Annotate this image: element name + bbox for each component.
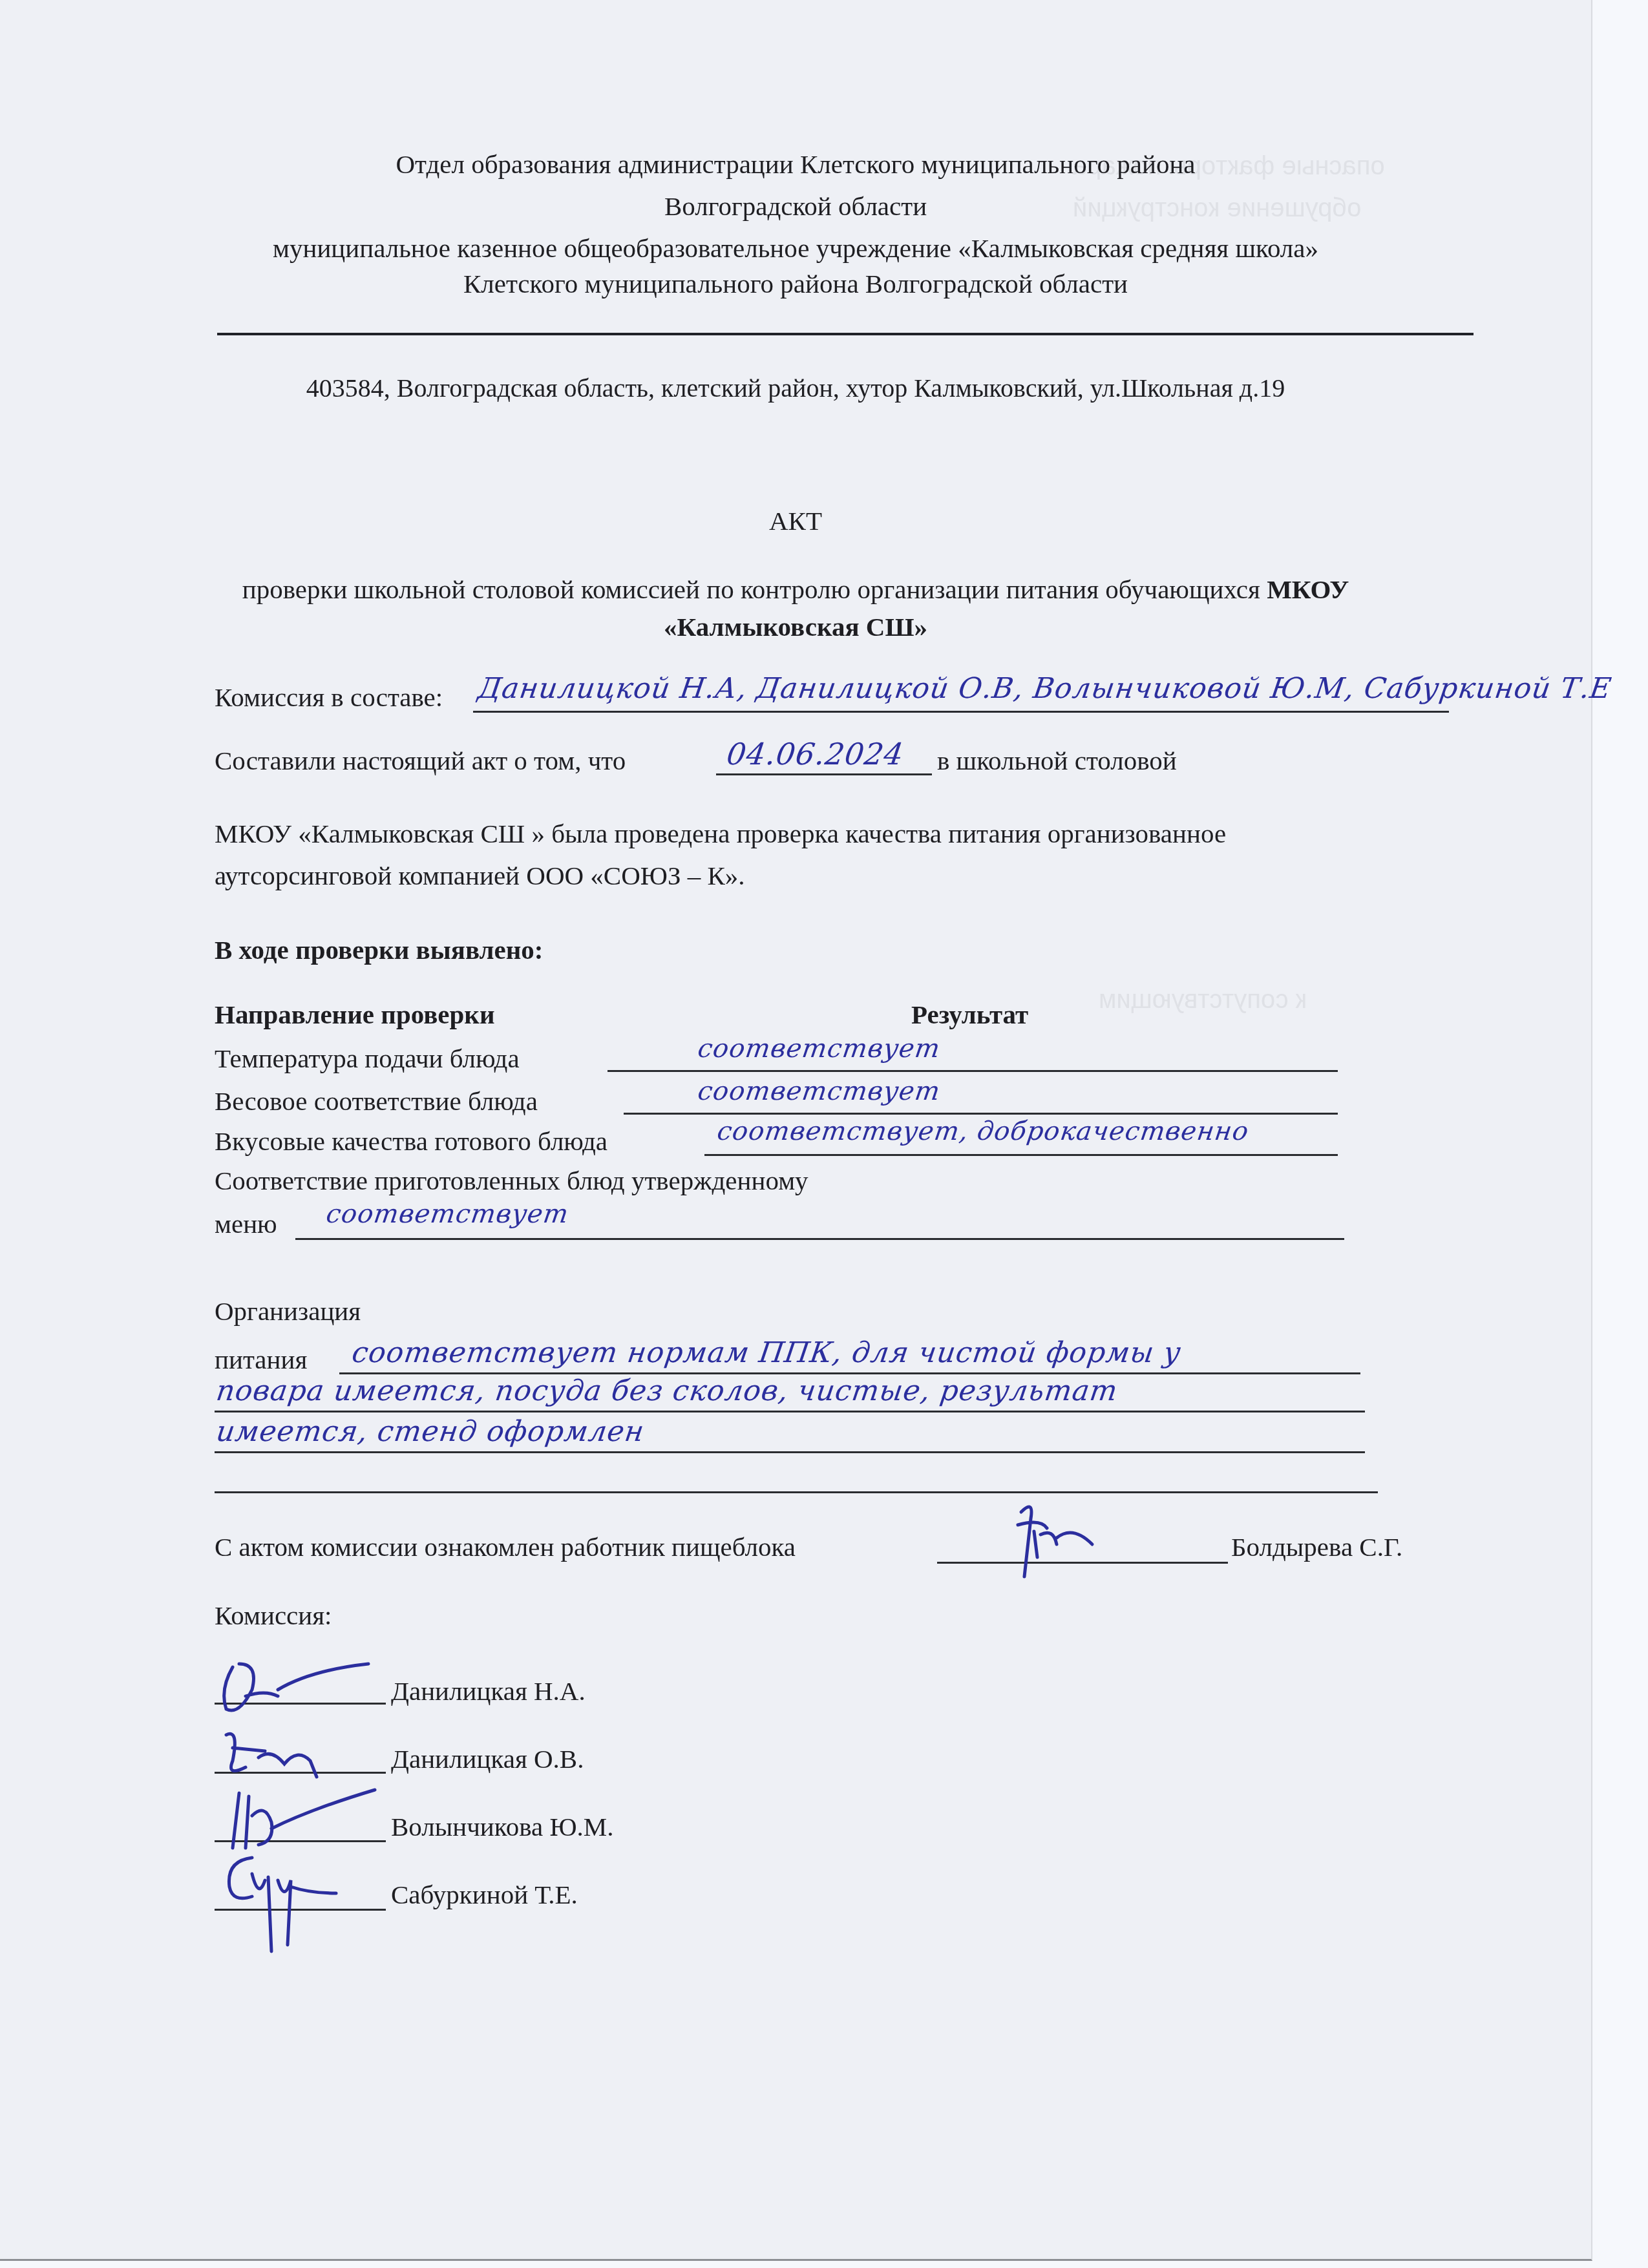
acknowledgement-name: Болдырева С.Г. [1231,1531,1402,1562]
header-district: Клетского муниципального района Волгогра… [0,268,1591,299]
organization-result-2[interactable]: повара имеется, посуда без сколов, чисты… [214,1374,1119,1407]
inspection-date[interactable]: 04.06.2024 [724,737,906,772]
organization-label-2: питания [215,1344,307,1375]
act-subtitle-text: проверки школьной столовой комиссией по … [242,574,1267,604]
signature-member-4[interactable] [213,1848,381,1961]
member-name-1: Данилицкая Н.А. [391,1675,586,1706]
row-direction-taste: Вкусовые качества готового блюда [215,1126,607,1157]
compiled-prefix: Составили настоящий акт о том, что [215,745,626,776]
signature-member-2[interactable] [213,1722,381,1790]
intro-line-2: аутсорсинговой компанией ООО «СОЮЗ – К». [215,860,745,891]
act-subtitle: проверки школьной столовой комиссией по … [0,574,1591,605]
row-underline [607,1070,1338,1072]
row-underline [704,1154,1338,1156]
document-page: опасные факторы пожара обрушение констру… [0,0,1592,2261]
organization-result-1[interactable]: соответствует нормам ППК, для чистой фор… [350,1336,1183,1369]
header-department: Отдел образования администрации Клетског… [0,149,1591,180]
signature-member-1[interactable] [213,1651,381,1725]
row-direction-menu: Соответствие приготовленных блюд утвержд… [215,1165,808,1196]
organization-result-3[interactable]: имеется, стенд оформлен [214,1415,646,1448]
act-subtitle-school: «Калмыковская СШ» [0,611,1591,642]
member-name-4: Сабуркиной Т.Е. [391,1879,578,1910]
commission-heading: Комиссия: [215,1600,332,1631]
row-result-taste[interactable]: соответствует, доброкачественно [715,1117,1251,1146]
acknowledgement-signature[interactable] [995,1499,1125,1586]
header-region: Волгоградской области [0,191,1591,222]
bleed-through-text: к сопутствующим [1099,985,1307,1014]
row-direction-menu-cont: меню [215,1208,277,1239]
column-header-result: Результат [911,999,1028,1030]
compiled-suffix: в школьной столовой [937,745,1177,776]
findings-heading: В ходе проверки выявлено: [215,934,544,965]
member-name-3: Волынчикова Ю.М. [391,1811,614,1842]
intro-line-1: МКОУ «Калмыковская СШ » была проведена п… [215,818,1226,849]
commission-composition-label: Комиссия в составе: [215,682,443,713]
row-result-menu[interactable]: соответствует [324,1199,571,1229]
row-result-temperature[interactable]: соответствует [696,1034,942,1064]
row-direction-weight: Весовое соответствие блюда [215,1086,538,1117]
acknowledgement-text: С актом комиссии ознакомлен работник пищ… [215,1531,796,1562]
member-name-2: Данилицкая О.В. [391,1743,584,1774]
signature-member-3[interactable] [213,1783,381,1858]
organization-underline-2 [215,1411,1365,1412]
header-address: 403584, Волгоградская область, клетский … [0,373,1591,404]
date-underline [716,773,932,775]
commission-composition-value[interactable]: Данилицкой Н.А, Данилицкой О.В, Волынчик… [476,672,1614,705]
organization-underline-3 [215,1451,1365,1453]
act-subtitle-org: МКОУ [1267,574,1349,604]
header-divider [217,333,1474,335]
row-result-weight[interactable]: соответствует [696,1076,942,1106]
row-underline [624,1113,1338,1115]
act-title: АКТ [0,505,1591,536]
commission-composition-underline [473,711,1449,713]
row-direction-temperature: Температура подачи блюда [215,1043,520,1074]
organization-label-1: Организация [215,1296,361,1327]
header-school: муниципальное казенное общеобразовательн… [0,233,1591,264]
row-underline [295,1238,1344,1240]
organization-underline-4 [215,1491,1378,1493]
column-header-direction: Направление проверки [215,999,495,1030]
